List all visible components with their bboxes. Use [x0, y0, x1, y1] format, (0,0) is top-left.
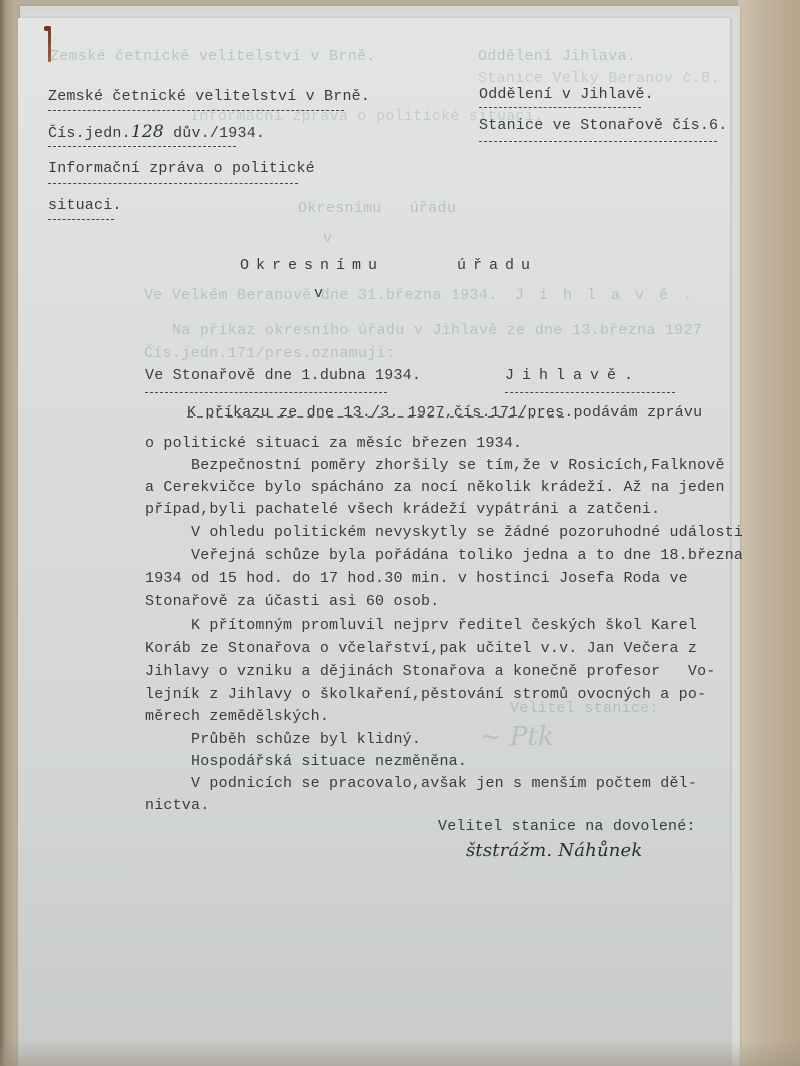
destination-underline	[505, 392, 675, 393]
handwritten-number: 128	[131, 122, 164, 142]
ghost-text-top-left: Zemské četnické velitelství v Brně.	[50, 48, 376, 65]
ghost-text-addressee-1: Okresnímu úřadu	[298, 200, 456, 217]
body-line: případ,byli pachatelé všech krádeží vypá…	[145, 501, 660, 518]
ghost-text-destination: J i h l a v ě .	[515, 287, 695, 304]
addressee-line-2: v	[314, 285, 323, 302]
signature-title: Velitel stanice na dovolené:	[438, 818, 696, 835]
body-line: a Cerekvičce bylo spácháno za nocí někol…	[145, 479, 725, 496]
destination: Jihlavě.	[505, 367, 641, 384]
body-line: Hospodářská situace nezměněna.	[145, 753, 467, 770]
reference-line: K příkazu ze dne 13./3. 1927,čís.171/pre…	[187, 404, 702, 421]
body-line: Jihlavy o vzniku a dějinách Stonařova a …	[145, 663, 716, 680]
body-line: Průběh schůze byl klidný.	[145, 731, 421, 748]
addressee-word-2: úřadu	[457, 257, 537, 274]
handwritten-signature: štstrážm. Náhůnek	[466, 840, 643, 861]
header-reference-underline	[48, 146, 236, 147]
header-subject-line-2: situaci.	[48, 197, 122, 214]
body-line: měrech zemědělských.	[145, 708, 329, 725]
header-department: Oddělení v Jihlavě.	[479, 86, 654, 103]
header-reference-number: Čís.jedn.128 dův./1934.	[48, 122, 265, 142]
body-line: Stonařově za účasti asi 60 osob.	[145, 593, 439, 610]
body-line: nictva.	[145, 797, 209, 814]
ghost-text-reference: Čís.jedn.171/pres.oznamuji:	[144, 345, 395, 362]
header-station: Stanice ve Stonařově čís.6.	[479, 117, 727, 134]
header-issuer: Zemské četnické velitelství v Brně.	[48, 88, 370, 105]
header-department-underline	[479, 107, 641, 108]
header-subject-line-1: Informační zpráva o politické	[48, 160, 315, 177]
addressee-word-1: Okresnímu	[240, 257, 384, 274]
background-table-edge	[738, 0, 800, 1066]
bottom-shadow	[0, 1040, 800, 1066]
ghost-text-top-right-1: Oddělení Jihlava.	[478, 48, 636, 65]
reference-underlined: K příkazu ze dne 13./3. 1927,čís.171/pre…	[187, 404, 564, 421]
body-line: V podnicích se pracovalo,avšak jen s men…	[145, 775, 697, 792]
header-subject-underline-1	[48, 183, 298, 184]
body-line: o politické situaci za měsíc březen 1934…	[145, 435, 522, 452]
body-line: Bezpečnostní poměry zhoršily se tím,že v…	[145, 457, 725, 474]
place-date-underline	[145, 392, 387, 393]
body-line: Veřejná schůze byla pořádána toliko jedn…	[145, 547, 743, 564]
body-line: Koráb ze Stonařova o včelařství,pak učit…	[145, 640, 697, 657]
ghost-text-order: Na příkaz okresního úřadu v Jihlavě ze d…	[172, 322, 702, 339]
header-issuer-underline	[48, 110, 344, 111]
body-line: K přítomným promluvil nejprv ředitel čes…	[145, 617, 697, 634]
ghost-text-top-right-2: Stanice Velký Beranov č.8.	[478, 70, 720, 87]
body-line: V ohledu politickém nevyskytly se žádné …	[145, 524, 743, 541]
ghost-signature: ~ Ptk	[480, 722, 554, 752]
header-station-underline	[479, 141, 717, 142]
body-line: 1934 od 15 hod. do 17 hod.30 min. v host…	[145, 570, 688, 587]
place-date: Ve Stonařově dne 1.dubna 1934.	[145, 367, 421, 384]
ghost-text-addressee-2: v	[323, 230, 332, 247]
body-line: lejník z Jihlavy o školkaření,pěstování …	[145, 686, 706, 703]
header-subject-underline-2	[48, 219, 114, 220]
